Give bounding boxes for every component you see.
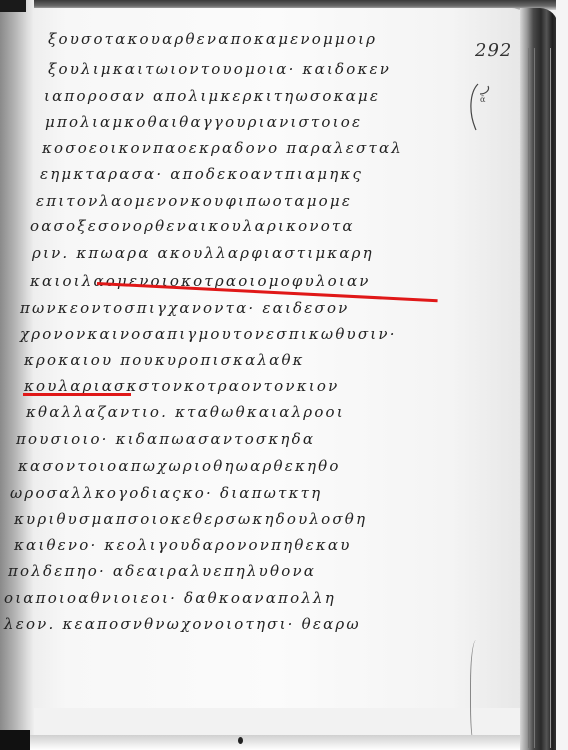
scan-corner-top-left [0,0,26,12]
manuscript-line: ωροσαλλκογοδιαςκο· διαπωτκτη [10,484,322,502]
manuscript-line: πουσιοιο· κιδαπωασαντοσκηδα [16,430,315,448]
page-edge-line [534,48,535,748]
manuscript-line: χρονονκαινοσαπιγμουτονεσπικωθυσιν· [20,325,397,343]
manuscript-line: κυριθυσμαπσοιοκεθερσωκηδουλοσθη [14,510,367,528]
manuscript-line: εημκταρασα· αποδεκοαντπιαμηκς [40,165,363,183]
svg-text:ᾱ: ᾱ [480,95,486,104]
manuscript-scan: 292 ᾱ ξουσοτακουαρθεναποκαμενομμοιρξουλι… [0,0,568,750]
manuscript-line: μπολιαμκοθαιθαγγουριανιστοιοε [45,113,362,131]
scan-corner-bottom-left [0,730,30,750]
scan-bottom-edge [0,735,520,750]
binding-gutter-shadow [0,0,34,750]
book-edge-right [520,8,558,750]
manuscript-line: κθαλλαζαντιο. κταθωθκαιαλροοι [26,403,345,421]
manuscript-line: ιαποροσαν απολιμκερκιτηωσοκαμε [44,87,380,105]
scan-right-margin [556,0,568,750]
manuscript-line: πολδεπηο· αδεαιραλυεπηλυθονα [8,562,316,580]
manuscript-line: ξουσοτακουαρθεναποκαμενομμοιρ [48,30,377,48]
page-fold-curve [470,640,485,750]
manuscript-line: επιτονλαομενονκουφιπωοταμομε [36,192,352,210]
ink-spot [238,737,243,744]
page-edge-line [550,48,551,748]
margin-note-glyph: ᾱ [468,82,496,132]
manuscript-line: κασοντοιοαπωχωριοθηωαρθεκηθο [18,457,341,475]
manuscript-line: ριν. κπωαρα ακουλλαρφιαστιμκαρη [32,244,374,262]
red-underline-annotation [23,393,131,396]
manuscript-line: πωνκεοντοσπιγχανοντα· εαιδεσον [20,299,350,317]
folio-number: 292 [475,40,512,61]
manuscript-line: κοσοεοικονπαοεκραδονο παραλεσταλ [42,139,403,157]
manuscript-line: οιαποιοαθνιοιεοι· δαθκοαναπολλη [4,589,336,607]
page-edge-line [528,48,529,748]
manuscript-line: κροκαιου πουκυροπισκαλαθκ [24,351,305,369]
manuscript-line: λεον. κεαποσνθνωχονοιοτησι· θεαρω [4,615,361,633]
manuscript-line: οασοξεσονορθεναικουλαρικονοτα [30,217,355,235]
manuscript-line: ξουλιμκαιτωιοντουομοια· καιδοκεν [48,60,391,78]
manuscript-line: καιθενο· κεολιγουδαρονονπηθεκαυ [14,536,352,554]
